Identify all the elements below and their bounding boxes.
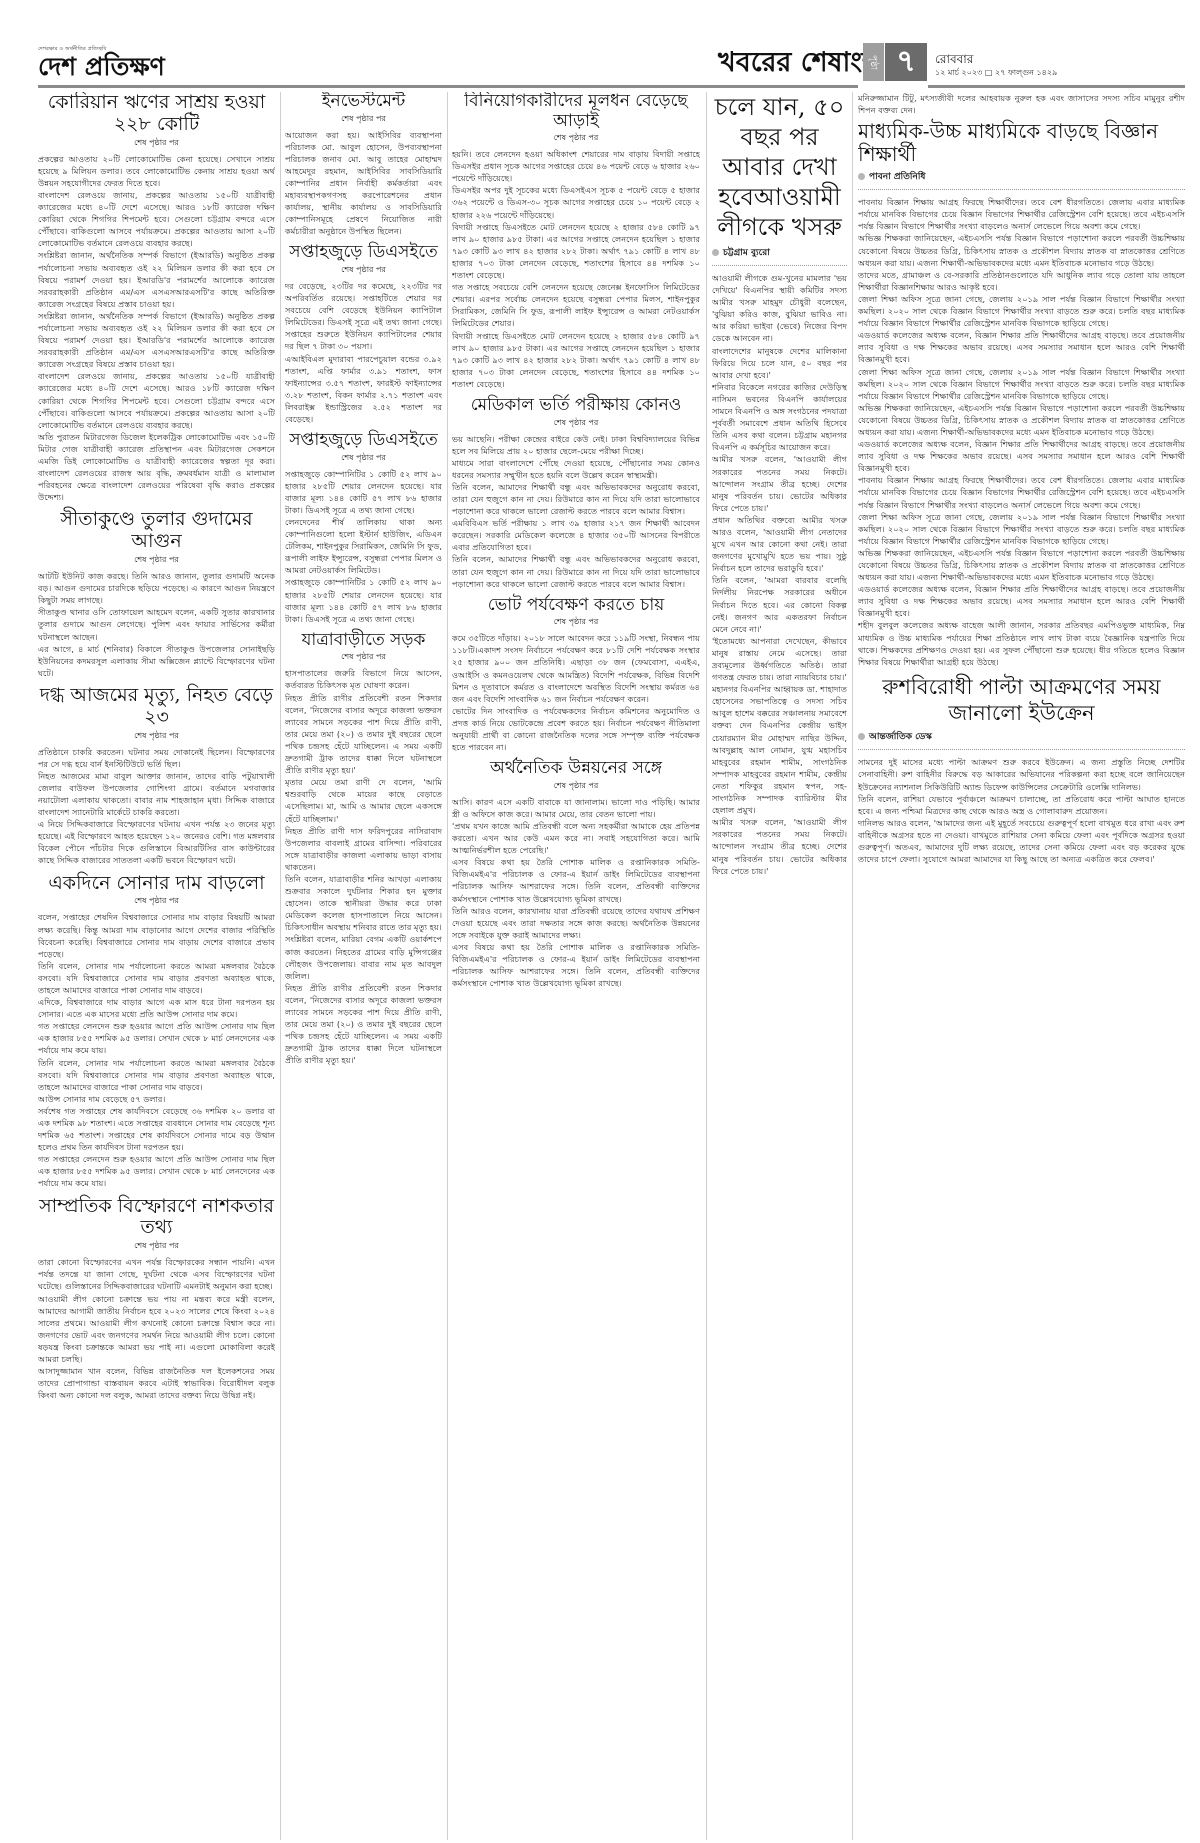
paragraph: লেনদেনের শীর্ষ তালিকায় থাকা অন্য কোম্পা… xyxy=(285,516,442,576)
byline-text: পাবনা প্রতিনিধি xyxy=(869,169,925,184)
byline: পাবনা প্রতিনিধি xyxy=(858,169,1185,190)
byline-text: আন্তর্জাতিক ডেস্ক xyxy=(869,729,932,744)
article-jatrabari-road[interactable]: যাত্রাবাড়ীতে সড়ক শেষ পৃষ্ঠার পর হাসপাত… xyxy=(285,631,442,1067)
column-4: চলে যান, ৫০ বছর পর আবার দেখা হবেআওয়ামী … xyxy=(712,92,847,1840)
article-recent-blasts[interactable]: সাম্প্রতিক বিস্ফোরণে নাশকতার তথ্য শেষ পৃ… xyxy=(38,1196,275,1402)
article-medical-admission[interactable]: মেডিকাল ভর্তি পরীক্ষায় কোনও শেষ পৃষ্ঠার… xyxy=(452,396,700,590)
paragraph: আমীর খসরু বলেন, 'আওয়ামী লীগ সরকারের পতন… xyxy=(712,816,847,876)
article-body: সপ্তাহজুড়ে কোম্পানিটির ১ কোটি ৫২ লাখ ৯০… xyxy=(285,468,442,625)
paragraph: বলেন, সপ্তাহের শেষদিন বিশ্ববাজারে সোনার … xyxy=(38,911,275,959)
paragraph: বিদায়ী সপ্তাহে ডিএসইতে মোট লেনদেন হয়েছ… xyxy=(452,330,700,390)
article-sitakunda-fire[interactable]: সীতাকুণ্ডে তুলার গুদামের আগুন শেষ পৃষ্ঠা… xyxy=(38,509,275,679)
paragraph: শহীদ বুলবুল কলেজের অধ্যক্ষ বাহেজ আলী জান… xyxy=(858,619,1185,667)
headline[interactable]: বিনিয়োগকারীদের মূলধন বেড়েছে আড়াই xyxy=(452,92,700,131)
paragraph: তিনি বলেন, সোনার দাম পর্যালোচনা করতে আমর… xyxy=(38,960,275,996)
headline[interactable]: কোরিয়ান ঋণের সাশ্রয় হওয়া ২২৮ কোটি xyxy=(38,92,275,136)
paragraph: বাংলাদেশের মানুষকে দেশের মালিকানা ফিরিয়… xyxy=(712,345,847,381)
paragraph: মৃতার মেয়ে তমা রাণী দে বলেন, 'আমি শ্বশু… xyxy=(285,776,442,824)
paragraph: ভয় আছেনি। পরীক্ষা কেন্দ্রের বাইরে কেউ ন… xyxy=(452,433,700,457)
headline[interactable]: সপ্তাহজুড়ে ডিএসইতে xyxy=(285,243,442,263)
paragraph: এর আগে, ৪ মার্চ (শনিবার) বিকালে সীতাকুণ্… xyxy=(38,643,275,679)
paragraph: সংশ্লিষ্টরা জানান, অর্থনৈতিক সম্পর্ক বিভ… xyxy=(38,310,275,370)
article-ukraine[interactable]: রুশবিরোধী পাল্টা আক্রমণের সময় জানালো ইউ… xyxy=(858,674,1185,865)
article-body: কমে ৩৫টিতে দাঁড়ায়। ২০১৮ সালে আবেদন করে… xyxy=(452,632,700,753)
paragraph: জেলা শিক্ষা অফিস সূত্রে জানা গেছে, জেলায… xyxy=(858,511,1185,547)
column-2: ইনভেস্টমেন্ট শেষ পৃষ্ঠার পর আয়োজন করা হ… xyxy=(285,92,442,1840)
column-3: বিনিয়োগকারীদের মূলধন বেড়েছে আড়াই শেষ … xyxy=(452,92,700,1840)
paragraph: আউন্স সোনার দাম বেড়েছে ৫৭ ডলার। xyxy=(38,1093,275,1105)
paragraph: আওয়ামী লীগ কোনো চক্রান্তে ভয় পায় না ম… xyxy=(38,1293,275,1366)
headline[interactable]: যাত্রাবাড়ীতে সড়ক xyxy=(285,631,442,651)
article-body: দর বেড়েছে, ২৩টির দর কমেছে, ২২৩টির দর অপ… xyxy=(285,280,442,425)
paragraph: এআইবিএল মুদারাবা পারপেচুয়াল বন্ডের ৩.৯২… xyxy=(285,353,442,426)
column-divider xyxy=(852,92,853,1840)
paragraph: আয়োজন করা হয়। আইসিবির ব্যবস্থাপনা পরিচ… xyxy=(285,129,442,238)
paragraph: সামনের দুই মাসের মধ্যে পাল্টা আক্রমণ শুর… xyxy=(858,756,1185,792)
continued-label: শেষ পৃষ্ঠার পর xyxy=(285,452,442,465)
paragraph: অতি পুরাতন মিটারগেজ ডিজেল ইলেকট্রিক লোকো… xyxy=(38,431,275,504)
paragraph: নিহত প্রীতি রাণী দাস ফরিদপুরের নাসিরাবাদ… xyxy=(285,825,442,873)
paragraph: 'প্রথম যখন কাজে আমি প্রতিবন্ধী বলে অন্য … xyxy=(452,820,700,856)
headline[interactable]: অর্থনৈতিক উন্নয়নের সঙ্গে xyxy=(452,759,700,779)
headline[interactable]: সপ্তাহজুড়ে ডিএসইতে xyxy=(285,431,442,451)
article-body: প্রতিষ্ঠানে চাকরি করতেন। ঘটনার সময় দোকা… xyxy=(38,746,275,867)
article-body: আয়োজন করা হয়। আইসিবির ব্যবস্থাপনা পরিচ… xyxy=(285,129,442,238)
paragraph: এডওয়ার্ড কলেজের অধ্যক্ষ বলেন, বিজ্ঞান শ… xyxy=(858,583,1185,619)
logo-wordmark: দেশ প্রতিক্ষণ xyxy=(38,54,165,80)
paragraph: তিনি বলেন, যাত্রাবাড়ীর শনির আখড়া এলাকা… xyxy=(285,873,442,933)
dateline: রোববার ১২ মার্চ ২০২৩ □ ২৭ ফাল্গুন ১৪২৯ xyxy=(935,52,1057,80)
paragraph: এ নিয়ে সিদ্দিকবাজারে বিস্ফোরণের ঘটনায় … xyxy=(38,818,275,866)
paragraph: বিদায়ী সপ্তাহে ডিএসইতে মোট লেনদেন হয়েছ… xyxy=(452,221,700,281)
paragraph: প্রধান অতিথির বক্তব্যে আমীর খসরু আরও বলে… xyxy=(712,514,847,574)
column-divider xyxy=(706,92,707,1840)
paragraph: জেলা শিক্ষা অফিস সূত্রে জানা গেছে, জেলায… xyxy=(858,366,1185,402)
paragraph: নিহত আজমের মামা বাবুল আক্তার জানান, তাদে… xyxy=(38,770,275,818)
paragraph: দর বেড়েছে, ২৩টির দর কমেছে, ২২৩টির দর অপ… xyxy=(285,280,442,353)
paragraph: অভিজ্ঞ শিক্ষকরা জানিয়েছেন, এইচএসসি পর্য… xyxy=(858,402,1185,438)
paragraph: এমবিবিএস ভর্তি পরীক্ষায় ১ লাখ ৩৯ হাজার … xyxy=(452,517,700,553)
paragraph: তাদের মতে, গ্রামাঞ্চল ও বে-সরকারি প্রতিষ… xyxy=(858,269,1185,293)
article-body: আটটি ইউনিট কাজ করছে। তিনি আরও জানান, তুল… xyxy=(38,570,275,679)
continued-label: শেষ পৃষ্ঠার পর xyxy=(285,113,442,126)
article-investors-capital[interactable]: বিনিয়োগকারীদের মূলধন বেড়েছে আড়াই শেষ … xyxy=(452,92,700,390)
paragraph: তিনি বলেন, রাশিয়া যেভাবে পূর্বাঞ্চলে আক… xyxy=(858,793,1185,817)
paragraph: সংশ্লিষ্টরা জানান, অর্থনৈতিক সম্পর্ক বিভ… xyxy=(38,249,275,309)
paragraph: অভিজ্ঞ শিক্ষকরা জানিয়েছেন, এইচএসসি পর্য… xyxy=(858,547,1185,583)
headline[interactable]: ভোট পর্যবেক্ষণ করতে চায় xyxy=(452,596,700,616)
paragraph: কমে ৩৫টিতে দাঁড়ায়। ২০১৮ সালে আবেদন করে… xyxy=(452,632,700,705)
paragraph: আসি। কারণ এসে একটি বাবাকে যা জানালাম। ভা… xyxy=(452,796,700,820)
continued-label: শেষ পৃষ্ঠার পর xyxy=(38,895,275,908)
continued-intro: মনিরুজ্জামান টিটু, মৎস্যজীবী দলের আহবায়… xyxy=(858,92,1185,116)
byline: আন্তর্জাতিক ডেস্ক xyxy=(858,729,1185,750)
paragraph: সপ্তাহজুড়ে কোম্পানিটির ১ কোটি ৫২ লাখ ৯০… xyxy=(285,468,442,516)
weekday: রোববার xyxy=(935,52,1057,66)
top-rule-left xyxy=(38,85,858,88)
continued-label: শেষ পৃষ্ঠার পর xyxy=(285,651,442,664)
continued-label: শেষ পৃষ্ঠার পর xyxy=(452,417,700,430)
column-divider xyxy=(447,92,448,1840)
headline[interactable]: ইনভেস্টমেন্ট xyxy=(285,92,442,112)
article-dse-week-2[interactable]: সপ্তাহজুড়ে ডিএসইতে শেষ পৃষ্ঠার পর সপ্তা… xyxy=(285,431,442,625)
paragraph: বাংলাদেশ রেলওয়ে জানায়, প্রকল্পের আওতায… xyxy=(38,370,275,430)
paragraph: এডওয়ার্ড কলেজের অধ্যক্ষ বলেন, বিজ্ঞান শ… xyxy=(858,329,1185,365)
paragraph: সংশ্লিষ্টরা বলেন, মারিয়া বেগম একটি ওয়া… xyxy=(285,933,442,981)
paragraph: মাধ্যমে সারা বাংলাদেশে পৌঁছে দেওয়া হয়ে… xyxy=(452,457,700,481)
paragraph: নিহত প্রীতি রাণীর প্রতিবেশী রতন শিকদার ব… xyxy=(285,692,442,777)
date: ১২ মার্চ ২০২৩ □ ২৭ ফাল্গুন ১৪২৯ xyxy=(935,66,1057,80)
page-number: ৭ xyxy=(885,43,927,81)
section-title: খবরের শেষাংশ xyxy=(718,46,878,80)
page-label: পৃষ্ঠা xyxy=(863,43,884,81)
article-body: আসি। কারণ এসে একটি বাবাকে যা জানালাম। ভা… xyxy=(452,796,700,990)
article-azam-death[interactable]: দগ্ধ আজমের মৃত্যু, নিহত বেড়ে ২৩ শেষ পৃষ… xyxy=(38,685,275,867)
paragraph: মহানগর বিএনপির আহ্বায়ক ডা. শাহাদাত হোসে… xyxy=(712,683,847,816)
paragraph: শনিবার বিকেলে নগরের কাজির দেউড়িস্থ নাসি… xyxy=(712,381,847,454)
paragraph: হাসপাতালের জরুরি বিভাগে নিয়ে আসেন, কর্ত… xyxy=(285,667,442,691)
paragraph: জেলা শিক্ষা অফিস সূত্রে জানা গেছে, জেলায… xyxy=(858,293,1185,329)
article-gold-price[interactable]: একদিনে সোনার দাম বাড়লো শেষ পৃষ্ঠার পর ব… xyxy=(38,873,275,1190)
bullet-icon xyxy=(858,733,865,740)
paragraph: প্রকল্পের আওতায় ২০টি লোকোমোটিভ কেনা হয়… xyxy=(38,153,275,189)
paragraph: আটটি ইউনিট কাজ করছে। তিনি আরও জানান, তুল… xyxy=(38,570,275,606)
article-body: ভয় আছেনি। পরীক্ষা কেন্দ্রের বাইরে কেউ ন… xyxy=(452,433,700,590)
paragraph: এডওয়ার্ড কলেজের অধ্যক্ষ বলেন, বিজ্ঞান শ… xyxy=(858,438,1185,474)
article-science-students[interactable]: মাধ্যমিক-উচ্চ মাধ্যমিকে বাড়ছে বিজ্ঞান শ… xyxy=(858,120,1185,668)
continued-label: শেষ পৃষ্ঠার পর xyxy=(38,1240,275,1253)
headline[interactable]: চলে যান, ৫০ বছর পর আবার দেখা হবেআওয়ামী … xyxy=(712,92,847,242)
byline-text: চট্টগ্রাম ব্যুরো xyxy=(723,245,770,260)
paragraph: 'ইতোমধ্যে আপনারা দেখেছেন, কীভাবে মানুষ র… xyxy=(712,635,847,683)
paragraph: তিনি আরও বলেন, কারখানায় যারা প্রতিবন্ধী… xyxy=(452,905,700,941)
article-body: প্রকল্পের আওতায় ২০টি লোকোমোটিভ কেনা হয়… xyxy=(38,153,275,504)
paragraph: এসব বিষয়ে কথা হয় তৈরি পোশাক মালিক ও রপ… xyxy=(452,856,700,904)
paragraph: এসব বিষয়ে কথা হয় তৈরি পোশাক মালিক ও রপ… xyxy=(452,941,700,989)
paragraph: নিহত প্রীতি রাণীর প্রতিবেশী রতন শিকদার ব… xyxy=(285,982,442,1067)
paragraph: গত সপ্তাহের লেনদেন শুরু হওয়ার আগে প্রতি… xyxy=(38,1020,275,1056)
article-body: হয়নি। তবে লেনদেন হওয়া অধিকাংশ শেয়ারের… xyxy=(452,148,700,390)
column-5: মনিরুজ্জামান টিটু, মৎস্যজীবী দলের আহবায়… xyxy=(858,92,1185,1840)
paragraph: প্রতিষ্ঠানে চাকরি করতেন। ঘটনার সময় দোকা… xyxy=(38,746,275,770)
article-economic-development[interactable]: অর্থনৈতিক উন্নয়নের সঙ্গে শেষ পৃষ্ঠার পর… xyxy=(452,759,700,989)
paragraph: গত সপ্তাহে সবচেয়ে বেশি লেনদেন হয়েছে জে… xyxy=(452,281,700,329)
paragraph: তিনি বলেন, 'আমরা বারবার বলেছি নির্দলীয় … xyxy=(712,574,847,634)
bullet-icon xyxy=(858,173,865,180)
headline[interactable]: একদিনে সোনার দাম বাড়লো xyxy=(38,873,275,895)
paragraph: ভোটের দিন সাংবাদিক ও পর্যবেক্ষকদের নির্ব… xyxy=(452,705,700,753)
article-dse-week-1[interactable]: সপ্তাহজুড়ে ডিএসইতে শেষ পৃষ্ঠার পর দর বে… xyxy=(285,243,442,425)
article-korean-loan[interactable]: কোরিয়ান ঋণের সাশ্রয় হওয়া ২২৮ কোটি শেষ… xyxy=(38,92,275,503)
paragraph: তিনি বলেন, আমাদের শিক্ষার্থী বন্ধু এবং অ… xyxy=(452,481,700,517)
paragraph: পাবনায় বিজ্ঞান শিক্ষায় আগ্রহ ফিরছে শিক… xyxy=(858,196,1185,232)
paragraph: সপ্তাহজুড়ে কোম্পানিটির ১ কোটি ৫২ লাখ ৯০… xyxy=(285,576,442,624)
article-body: বলেন, সপ্তাহের শেষদিন বিশ্ববাজারে সোনার … xyxy=(38,911,275,1189)
paragraph: তারা কোনো বিস্ফোরণের এখন পর্যন্ত বিস্ফোর… xyxy=(38,1256,275,1292)
headline[interactable]: রুশবিরোধী পাল্টা আক্রমণের সময় জানালো ইউ… xyxy=(858,674,1185,727)
logo[interactable]: দেশরক্ষার ও অর্থনীতির প্রতিচ্ছবি দেশ প্র… xyxy=(38,46,165,80)
paragraph: তিনি বলেন, আমাদের শিক্ষার্থী বন্ধু এবং অ… xyxy=(452,553,700,589)
paragraph: ডিএসইর অপর দুই সূচকের মধ্যে ডিএসইএস সূচক… xyxy=(452,184,700,220)
continued-label: শেষ পৃষ্ঠার পর xyxy=(38,730,275,743)
continued-label: শেষ পৃষ্ঠার পর xyxy=(452,780,700,793)
paragraph: গত সপ্তাহের লেনদেন শুরু হওয়ার আগে প্রতি… xyxy=(38,1153,275,1189)
paragraph: হয়নি। তবে লেনদেন হওয়া অধিকাংশ শেয়ারের… xyxy=(452,148,700,184)
article-body: সামনের দুই মাসের মধ্যে পাল্টা আক্রমণ শুর… xyxy=(858,756,1185,865)
continued-label: শেষ পৃষ্ঠার পর xyxy=(38,554,275,567)
article-investment[interactable]: ইনভেস্টমেন্ট শেষ পৃষ্ঠার পর আয়োজন করা হ… xyxy=(285,92,442,237)
paragraph: বাংলাদেশ রেলওয়ে জানায়, প্রকল্পের আওতায… xyxy=(38,189,275,249)
paragraph: দানিলভ আরও বলেন, 'আমাদের জন্য এই মুহূর্ত… xyxy=(858,817,1185,865)
paragraph: আমীর খসরু বলেন, 'আওয়ামী লীগ সরকারের পতন… xyxy=(712,453,847,513)
headline[interactable]: মাধ্যমিক-উচ্চ মাধ্যমিকে বাড়ছে বিজ্ঞান শ… xyxy=(858,120,1185,166)
article-khasru[interactable]: চলে যান, ৫০ বছর পর আবার দেখা হবেআওয়ামী … xyxy=(712,92,847,877)
article-body: পাবনায় বিজ্ঞান শিক্ষায় আগ্রহ ফিরছে শিক… xyxy=(858,196,1185,668)
headline[interactable]: মেডিকাল ভর্তি পরীক্ষায় কোনও xyxy=(452,396,700,416)
continued-label: শেষ পৃষ্ঠার পর xyxy=(38,137,275,150)
masthead: দেশরক্ষার ও অর্থনীতির প্রতিচ্ছবি দেশ প্র… xyxy=(0,0,1200,84)
article-vote-observation[interactable]: ভোট পর্যবেক্ষণ করতে চায় শেষ পৃষ্ঠার পর … xyxy=(452,596,700,753)
paragraph: সর্বশেষ গত সপ্তাহের শেষ কার্যদিবসে বেড়ে… xyxy=(38,1105,275,1153)
continued-label: শেষ পৃষ্ঠার পর xyxy=(285,264,442,277)
top-rule-right xyxy=(928,85,1185,88)
paragraph: সীতাকুণ্ড থানার ওসি তোফায়েল আহমেদ বলেন,… xyxy=(38,606,275,642)
headline[interactable]: দগ্ধ আজমের মৃত্যু, নিহত বেড়ে ২৩ xyxy=(38,685,275,729)
headline[interactable]: সাম্প্রতিক বিস্ফোরণে নাশকতার তথ্য xyxy=(38,1196,275,1240)
article-body: তারা কোনো বিস্ফোরণের এখন পর্যন্ত বিস্ফোর… xyxy=(38,1256,275,1401)
paragraph: অভিজ্ঞ শিক্ষকরা জানিয়েছেন, এইচএসসি পর্য… xyxy=(858,232,1185,268)
article-body: হাসপাতালের জরুরি বিভাগে নিয়ে আসেন, কর্ত… xyxy=(285,667,442,1066)
byline: চট্টগ্রাম ব্যুরো xyxy=(712,245,847,266)
column-divider xyxy=(280,92,281,1840)
bullet-icon xyxy=(712,249,719,256)
paragraph: আওয়ামী লীগকে গুম-খুনের মামলার 'ভয় দেখি… xyxy=(712,272,847,345)
paragraph: পাবনায় বিজ্ঞান শিক্ষায় আগ্রহ ফিরছে শিক… xyxy=(858,474,1185,510)
article-body: আওয়ামী লীগকে গুম-খুনের মামলার 'ভয় দেখি… xyxy=(712,272,847,877)
paragraph: আসাদুজ্জামান খান বলেন, বিভিন্ন রাজনৈতিক … xyxy=(38,1365,275,1401)
paragraph: তিনি বলেন, সোনার দাম পর্যালোচনা করতে আমর… xyxy=(38,1057,275,1093)
column-1: কোরিয়ান ঋণের সাশ্রয় হওয়া ২২৮ কোটি শেষ… xyxy=(38,92,275,1840)
paragraph: এদিকে, বিশ্ববাজারে দাম বাড়ার আগে এক মাস… xyxy=(38,996,275,1020)
continued-label: শেষ পৃষ্ঠার পর xyxy=(452,616,700,629)
headline[interactable]: সীতাকুণ্ডে তুলার গুদামের আগুন xyxy=(38,509,275,553)
continued-label: শেষ পৃষ্ঠার পর xyxy=(452,132,700,145)
